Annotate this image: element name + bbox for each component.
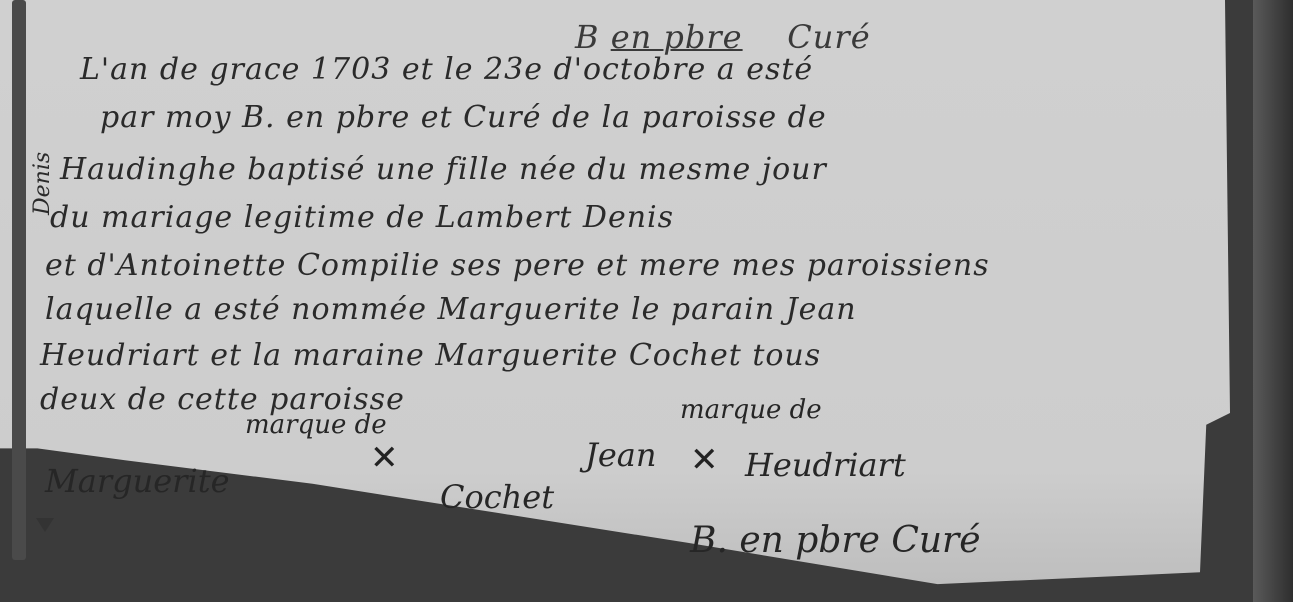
heading-initial: B xyxy=(575,18,600,56)
heading-title: Curé xyxy=(787,18,870,56)
heading-name: en pbre xyxy=(611,18,743,56)
mark-label-godmother: marque de xyxy=(245,410,387,440)
entry-line-3: Haudinghe baptisé une fille née du mesme… xyxy=(60,152,827,187)
cross-mark-godfather: ✕ xyxy=(690,440,719,480)
signature-godfather-last: Heudriart xyxy=(745,446,906,484)
entry-line-4: du mariage legitime de Lambert Denis xyxy=(50,200,674,235)
signature-godmother-first: Marguerite xyxy=(45,462,230,500)
left-margin-rule xyxy=(12,0,26,560)
corner-pin-marker xyxy=(36,518,54,532)
signature-godfather-first: Jean xyxy=(585,436,656,474)
signature-priest: B. en pbre Curé xyxy=(690,520,981,561)
cross-mark-godmother: ✕ xyxy=(370,438,399,478)
entry-line-5: et d'Antoinette Compilie ses pere et mer… xyxy=(45,248,990,283)
entry-line-6: laquelle a esté nommée Marguerite le par… xyxy=(45,292,857,327)
entry-line-1: L'an de grace 1703 et le 23e d'octobre a… xyxy=(80,52,813,87)
signature-godmother-last: Cochet xyxy=(440,478,554,516)
scanned-register-page: B en pbre Curé Denis L'an de grace 1703 … xyxy=(0,0,1293,602)
heading-priest-title: B en pbre Curé xyxy=(575,18,871,56)
entry-line-7: Heudriart et la maraine Marguerite Coche… xyxy=(40,338,821,373)
mark-label-godfather: marque de xyxy=(680,395,822,425)
entry-line-2: par moy B. en pbre et Curé de la paroiss… xyxy=(100,100,827,135)
dark-right-border xyxy=(1253,0,1293,602)
